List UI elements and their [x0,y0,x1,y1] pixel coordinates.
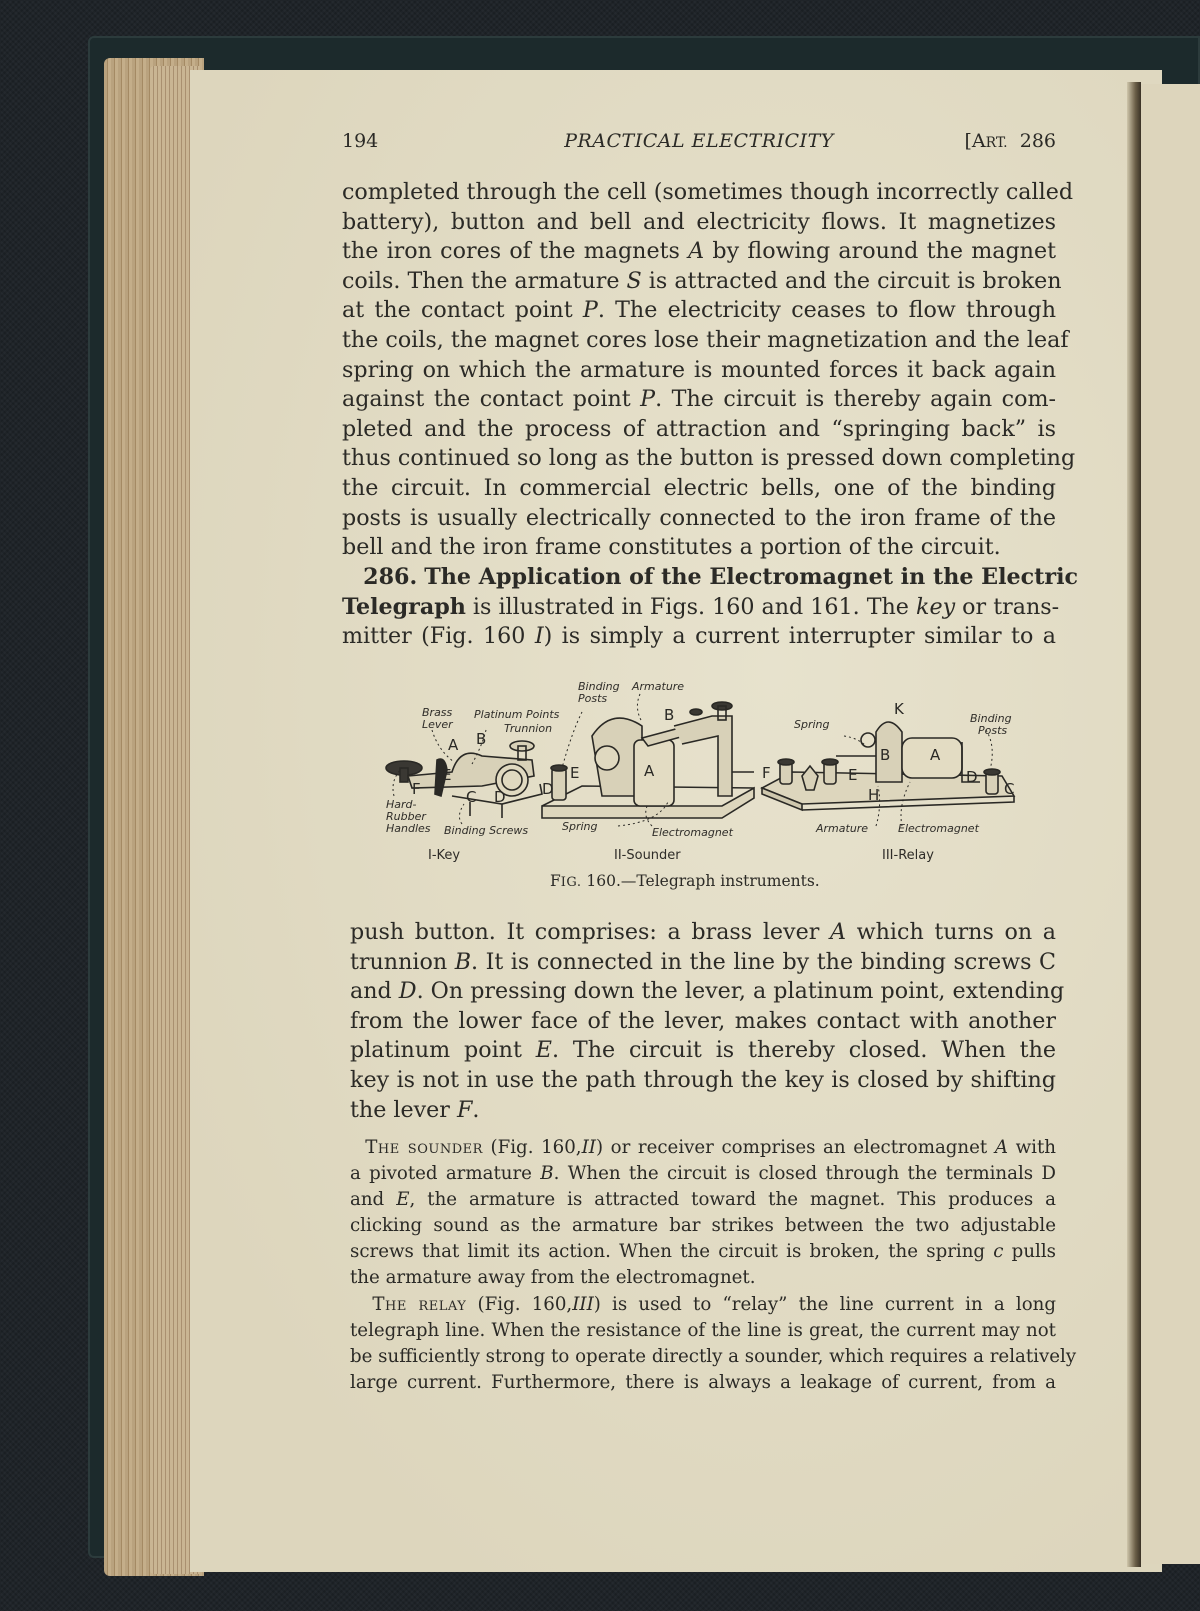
key-letter-e: E [442,766,451,784]
text-line: key is not in use the path through the k… [350,1066,1056,1096]
label-spring: Spring [562,820,598,833]
label-armature: Armature [632,680,684,693]
relay-letter-k: K [894,700,904,718]
text-line: the lever F. [350,1096,1056,1126]
text-line: posts is usually electrically connected … [342,504,1056,534]
text-line: clicking sound as the armature bar strik… [350,1213,1056,1239]
sounder-letter-e: E [570,764,579,782]
text-line: pleted and the process of attraction and… [342,415,1056,445]
text-line: completed through the cell (sometimes th… [342,178,1056,208]
caption-sounder: II-Sounder [614,848,681,863]
text-line: trunnion B. It is connected in the line … [350,948,1056,978]
running-head: 194 PRACTICAL ELECTRICITY [ART. 286 [342,130,1056,160]
sounder-letter-b: B [664,706,674,724]
label-relay-armature: Armature [816,822,868,835]
paragraph-key-description: push button. It comprises: a brass lever… [350,918,1056,1125]
relay-label: The relay [372,1294,466,1315]
key-letter-f: F [412,780,421,798]
caption-relay: III-Relay [882,848,934,863]
relay-letter-h: H [868,786,879,804]
text-line: push button. It comprises: a brass lever… [350,918,1056,948]
text-line: thus continued so long as the button is … [342,444,1056,474]
sounder-letter-d: D [542,780,554,798]
paragraph-relay: The relay (Fig. 160,III) is used to “rel… [350,1292,1056,1396]
text-line: screws that limit its action. When the c… [350,1239,1056,1265]
text-line: and D. On pressing down the lever, a pla… [350,977,1056,1007]
label-handles: Handles [386,822,431,835]
relay-letter-d: D [966,768,978,786]
label-relay-posts: Posts [978,724,1007,737]
running-title: PRACTICAL ELECTRICITY [342,130,1056,152]
relay-letter-c: C [1004,780,1014,798]
figure-160-telegraph-instruments: Brass Lever Platinum Points Trunnion Har… [382,676,1022,866]
relay-letter-a: A [930,746,940,764]
key-letter-c: C [466,788,476,806]
sounder-letter-a: A [644,762,654,780]
text-line: telegraph line. When the resistance of t… [350,1318,1056,1344]
text-line: be sufficiently strong to operate direct… [350,1344,1056,1370]
label-relay-electromagnet: Electromagnet [898,822,979,835]
label-lever: Lever [422,718,453,731]
key-letter-a: A [448,736,458,754]
key-letter-d: D [494,788,506,806]
section-line-2: Telegraph is illustrated in Figs. 160 an… [342,593,1056,623]
text-line: bell and the iron frame constitutes a po… [342,533,1056,563]
text-line: from the lower face of the lever, makes … [350,1007,1056,1037]
key-letter-b: B [476,730,486,748]
section-heading-line: 286. The Application of the Electromagne… [342,563,1056,593]
facing-page-edge [1141,84,1200,1564]
relay-letter-e: E [848,766,857,784]
text-line: spring on which the armature is mounted … [342,356,1056,386]
text-line: battery), button and bell and electricit… [342,208,1056,238]
article-ref: [ART. 286 [964,130,1056,152]
label-binding-screws: Binding Screws [444,824,528,837]
label-trunnion: Trunnion [504,722,552,735]
text-line: the circuit. In commercial electric bell… [342,474,1056,504]
book-gutter [1127,82,1141,1567]
relay-letter-f: F [762,764,771,782]
caption-key: I-Key [428,848,460,863]
text-line: and E, the armature is attracted toward … [350,1187,1056,1213]
text-line: large current. Furthermore, there is alw… [350,1370,1056,1396]
label-platinum-points: Platinum Points [474,708,559,721]
text-line: the armature away from the electromagnet… [350,1265,1056,1291]
paragraph-sounder: The sounder (Fig. 160,II) or receiver co… [350,1135,1056,1292]
paragraph-bell-circuit: completed through the cell (sometimes th… [342,178,1056,563]
section-line-3: mitter (Fig. 160 I) is simply a current … [342,622,1056,652]
label-relay-spring: Spring [794,718,830,731]
text-line: against the contact point P. The circuit… [342,385,1056,415]
text-line: the coils, the magnet cores lose their m… [342,326,1056,356]
label-electromagnet: Electromagnet [652,826,733,839]
figure-caption: FIG. 160.—Telegraph instruments. [550,872,820,890]
text-line: coils. Then the armature S is attracted … [342,267,1056,297]
sounder-label: The sounder [365,1137,483,1158]
relay-letter-b: B [880,746,890,764]
label-posts: Posts [578,692,607,705]
text-line: a pivoted armature B. When the circuit i… [350,1161,1056,1187]
section-286: 286. The Application of the Electromagne… [342,563,1056,652]
text-line: at the contact point P. The electricity … [342,296,1056,326]
text-line: the iron cores of the magnets A by flowi… [342,237,1056,267]
text-line: platinum point E. The circuit is thereby… [350,1036,1056,1066]
